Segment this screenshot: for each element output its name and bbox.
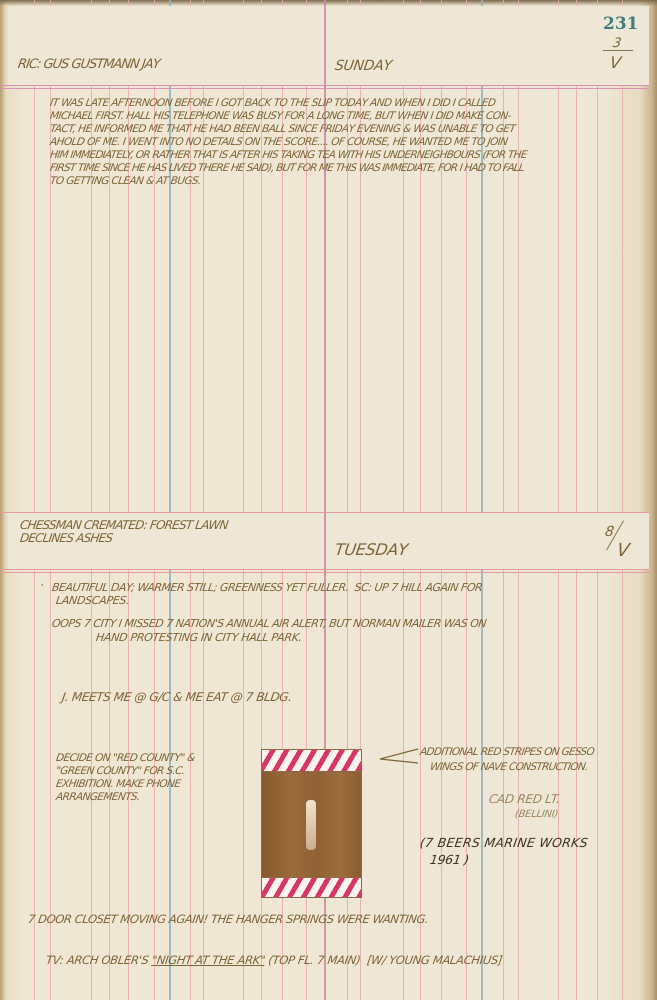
- rule-line: [558, 0, 559, 1000]
- tv-title: "NIGHT AT THE ARK": [151, 953, 266, 967]
- body-line: TACT, HE INFORMED ME THAT HE HAD BEEN BA…: [49, 123, 516, 135]
- tuesday-line-city-cont: HAND PROTESTING IN CITY HALL PARK.: [95, 631, 303, 644]
- painting-sketch: [261, 749, 362, 898]
- page-number: 231: [603, 14, 639, 34]
- decide-line: "GREEN COUNTY" FOR S.C.: [55, 765, 185, 777]
- rule-line: [622, 0, 623, 1000]
- body-line: FIRST TIME SINCE HE HAS LIVED THERE HE S…: [49, 162, 525, 174]
- diary-page: 231 3 V RIC: GUS GUSTMANN JAY SUNDAY IT …: [0, 0, 657, 1000]
- tv-prefix: TV: ARCH OBLER'S: [45, 953, 153, 967]
- decide-line: ARRANGEMENTS.: [55, 791, 140, 803]
- rule-line-center: [324, 513, 326, 571]
- single-rule: [0, 512, 649, 513]
- tuesday-day-label: TUESDAY: [334, 540, 409, 559]
- tuesday-line-weather: BEAUTIFUL DAY; WARMER STILL; GREENNESS Y…: [51, 581, 483, 594]
- brown-field: [262, 772, 361, 877]
- tuesday-line-tv: TV: ARCH OBLER'S "NIGHT AT THE ARK" (TOP…: [45, 953, 503, 967]
- white-figure: [306, 800, 316, 850]
- rule-line: [34, 0, 35, 1000]
- tuesday-line-closet: 7 DOOR CLOSET MOVING AGAIN! THE HANGER S…: [27, 912, 429, 926]
- tv-suffix: (TOP FL. 7 MAIN) [W/ YOUNG MALACHIUS]: [264, 953, 503, 967]
- date-month: V: [609, 53, 622, 72]
- reference-year: 1961 ): [429, 852, 470, 867]
- body-line: HIM IMMEDIATELY, OR RATHER THAT IS AFTER…: [49, 149, 527, 161]
- red-stripes-top: [262, 750, 361, 772]
- arrow-icon: [372, 745, 422, 767]
- rule-line: [597, 0, 598, 1000]
- sunday-day-label: SUNDAY: [334, 58, 393, 74]
- paint-name: CAD RED LT.: [488, 792, 561, 806]
- tuesday-line-weather-cont: LANDSCAPES.: [55, 594, 130, 607]
- rule-line-center: [324, 0, 326, 90]
- paint-brand: (BELLINI): [514, 809, 558, 820]
- red-stripes-bottom: [262, 877, 361, 897]
- header-band: [8, 6, 649, 85]
- double-rule: [0, 85, 649, 86]
- reference-note: (7 BEERS MARINE WORKS: [419, 835, 589, 850]
- tuesday-line-city: OOPS 7 CITY I MISSED 7 NATION'S ANNUAL A…: [51, 617, 487, 630]
- body-line: IT WAS LATE AFTERNOON BEFORE I GOT BACK …: [49, 97, 496, 109]
- body-line: AHOLD OF ME. I WENT INTO NO DETAILS ON T…: [49, 136, 508, 148]
- sunday-note: RIC: GUS GUSTMANN JAY: [17, 57, 161, 72]
- decide-line: EXHIBITION. MAKE PHONE: [55, 778, 181, 790]
- double-rule: [0, 569, 649, 570]
- annotation-line: ADDITIONAL RED STRIPES ON GESSO: [419, 746, 595, 758]
- fraction-bar: [603, 50, 633, 51]
- tuesday-line-meet: J. MEETS ME @ G/C & ME EAT @ 7 BLDG.: [61, 690, 293, 704]
- body-line: TO GETTING CLEAN & AT BUGS.: [49, 175, 201, 187]
- tuesday-note-line2: DECLINES ASHES: [19, 531, 113, 545]
- annotation-line: WINGS OF NAVE CONSTRUCTION.: [429, 761, 588, 773]
- body-line: MICHAEL FIRST. HALL HIS TELEPHONE WAS BU…: [49, 110, 512, 122]
- rule-line: [576, 0, 577, 1000]
- decide-line: DECIDE ON "RED COUNTY" &: [55, 752, 195, 764]
- tuesday-note-line1: CHESSMAN CREMATED: FOREST LAWN: [19, 518, 229, 532]
